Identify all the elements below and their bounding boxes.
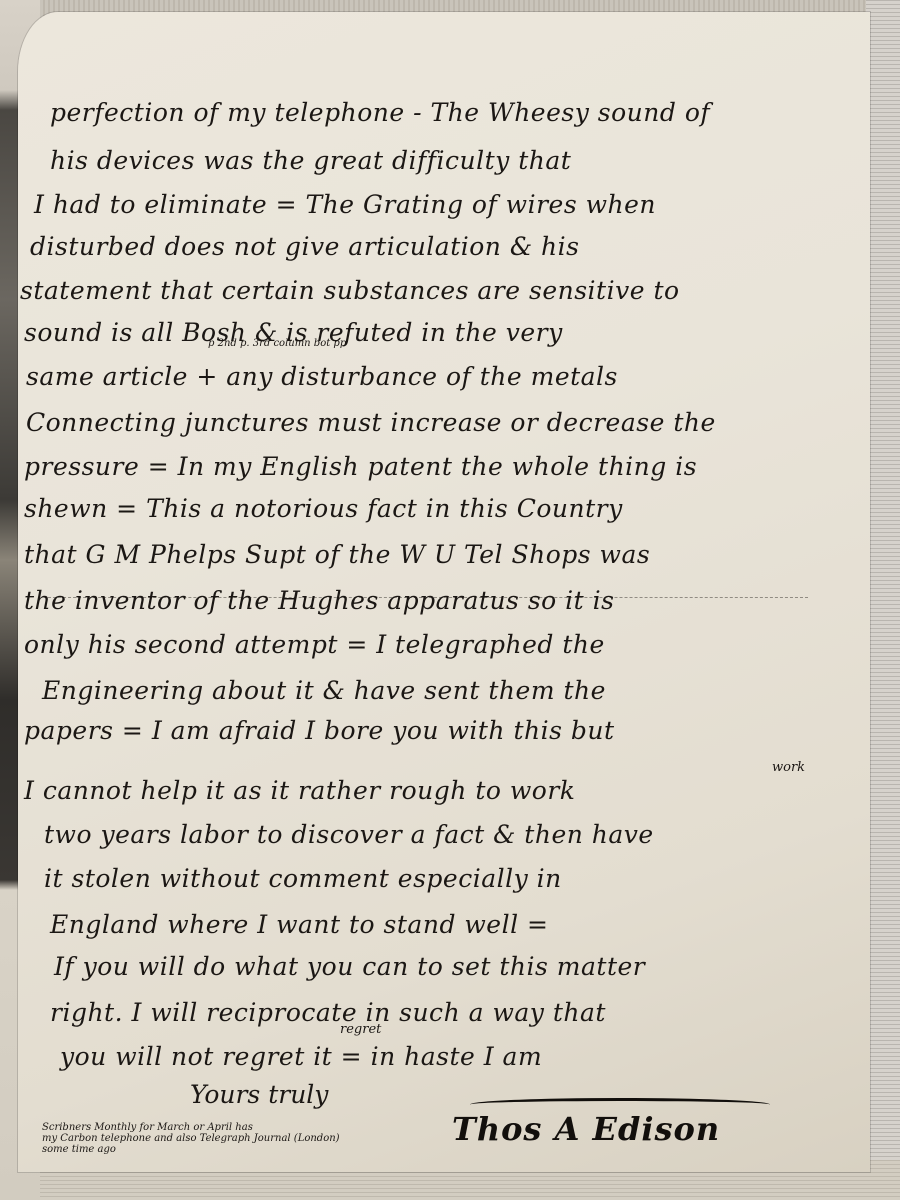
letter-line: his devices was the great difficulty tha… [50, 146, 571, 175]
letter-line: it stolen without comment especially in [44, 864, 562, 893]
margin-insertion: p 2nd p. 3rd column bot pp [208, 338, 346, 349]
postscript-line: some time ago [42, 1144, 402, 1155]
margin-insertion: regret [340, 1022, 381, 1037]
letter-line: shewn = This a notorious fact in this Co… [24, 494, 623, 523]
postscript-line: my Carbon telephone and also Telegraph J… [42, 1133, 402, 1144]
letter-line: Connecting junctures must increase or de… [26, 408, 716, 437]
letter-line: statement that certain substances are se… [20, 276, 680, 305]
letter-line: only his second attempt = I telegraphed … [24, 630, 605, 659]
letter-line: you will not regret it = in haste I am [60, 1042, 542, 1071]
letter-line: perfection of my telephone - The Wheesy … [50, 98, 710, 127]
letter-line: England where I want to stand well = [50, 910, 548, 939]
letter-line: disturbed does not give articulation & h… [30, 232, 579, 261]
letter-line: that G M Phelps Supt of the W U Tel Shop… [24, 540, 650, 569]
letter-line: same article + any disturbance of the me… [26, 362, 618, 391]
signature: Thos A Edison [452, 1110, 720, 1148]
letter-closing: Yours truly [190, 1080, 328, 1109]
letter-line: pressure = In my English patent the whol… [24, 452, 697, 481]
letter-line: I cannot help it as it rather rough to w… [24, 776, 575, 805]
letter-line: If you will do what you can to set this … [54, 952, 645, 981]
letter-line: the inventor of the Hughes apparatus so … [24, 586, 614, 615]
underlying-sheet-right [866, 0, 900, 1200]
postscript-note: Scribners Monthly for March or April has… [42, 1122, 402, 1155]
letter-line: right. I will reciprocate in such a way … [50, 998, 606, 1027]
letter-line: I had to eliminate = The Grating of wire… [34, 190, 656, 219]
margin-insertion: work [772, 760, 805, 775]
letter-line: papers = I am afraid I bore you with thi… [24, 716, 615, 745]
postscript-line: Scribners Monthly for March or April has [42, 1122, 402, 1133]
letter-line: two years labor to discover a fact & the… [44, 820, 654, 849]
letter-line: Engineering about it & have sent them th… [42, 676, 606, 705]
